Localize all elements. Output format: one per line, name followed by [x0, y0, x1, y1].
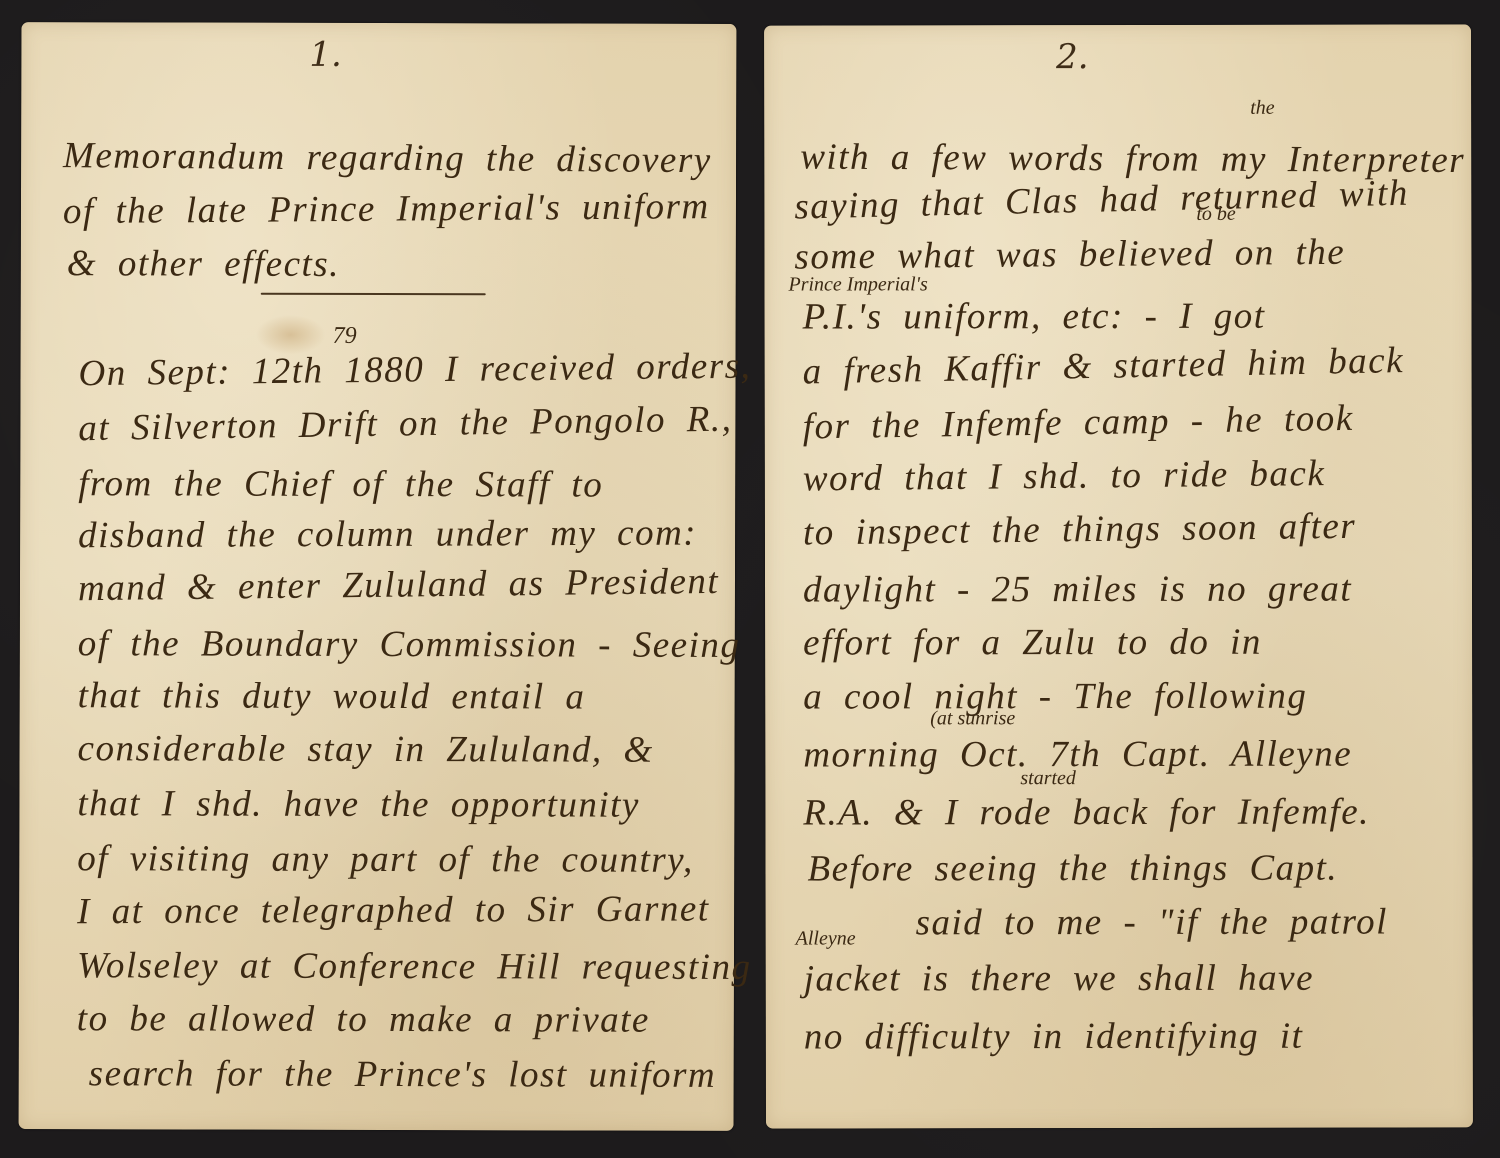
memo-title-line-3: & other effects. [67, 242, 340, 286]
body-line-7: that this duty would entail a [78, 674, 586, 718]
body-line-10: effort for a Zulu to do in [803, 621, 1262, 665]
memo-title-line-2: of the late Prince Imperial's uniform [63, 185, 710, 233]
year-correction: 79 [333, 323, 357, 350]
body-line-8: to inspect the things soon after [803, 505, 1357, 555]
body-line-14: search for the Prince's lost uniform [89, 1052, 717, 1097]
body-line-6: for the Infemfe camp - he took [802, 397, 1354, 449]
body-line-2: at Silverton Drift on the Pongolo R., [78, 398, 733, 451]
page-number: 2. [1056, 37, 1089, 77]
body-line-13: to be allowed to make a private [77, 997, 650, 1042]
title-divider [261, 293, 486, 296]
body-line-13: R.A. & I rode back for Infemfe. [803, 791, 1370, 835]
interline-the: the [1250, 97, 1274, 120]
interline-to-be: to be [1196, 203, 1235, 226]
body-line-3: from the Chief of the Staff to [78, 462, 603, 506]
body-line-9: daylight - 25 miles is no great [803, 568, 1352, 612]
body-line-10: of visiting any part of the country, [77, 837, 694, 882]
body-line-7: word that I shd. to ride back [803, 452, 1326, 500]
body-line-1: On Sept: 12th 1880 I received orders, [78, 345, 751, 396]
body-line-4: disband the column under my com: [78, 512, 697, 558]
body-line-6: of the Boundary Commission - Seeing [78, 622, 741, 667]
body-line-16: jacket is there we shall have [804, 957, 1314, 1001]
manuscript-page-2: 2. the with a few words from my Interpre… [764, 24, 1473, 1128]
body-line-4: P.I.'s uniform, etc: - I got [803, 295, 1266, 339]
body-line-14: Before seeing the things Capt. [807, 847, 1338, 891]
body-line-3: some what was believed on the [794, 231, 1345, 279]
body-line-11: I at once telegraphed to Sir Garnet [77, 887, 710, 933]
memo-title-line-1: Memorandum regarding the discovery [63, 134, 712, 182]
interline-alleyne: Alleyne [796, 927, 856, 950]
body-line-5: mand & enter Zululand as President [78, 560, 720, 610]
body-line-15: said to me - "if the patrol [916, 901, 1388, 945]
page-number: 1. [309, 35, 342, 75]
body-line-5: a fresh Kaffir & started him back [802, 339, 1404, 394]
body-line-17: no difficulty in identifying it [804, 1015, 1304, 1059]
interline-at-sunrise: (at sunrise [930, 707, 1015, 730]
manuscript-page-1: 1. Memorandum regarding the discovery of… [19, 22, 737, 1131]
interline-prince-imperials: Prince Imperial's [788, 273, 927, 296]
body-line-12: morning Oct. 7th Capt. Alleyne [803, 733, 1352, 777]
body-line-11: a cool night - The following [803, 675, 1307, 719]
body-line-9: that I shd. have the opportunity [77, 782, 640, 826]
body-line-8: considerable stay in Zululand, & [77, 727, 653, 772]
body-line-12: Wolseley at Conference Hill requesting [77, 944, 752, 989]
interline-started: started [1020, 767, 1076, 790]
body-line-2: saying that Clas had returned with [794, 172, 1409, 229]
